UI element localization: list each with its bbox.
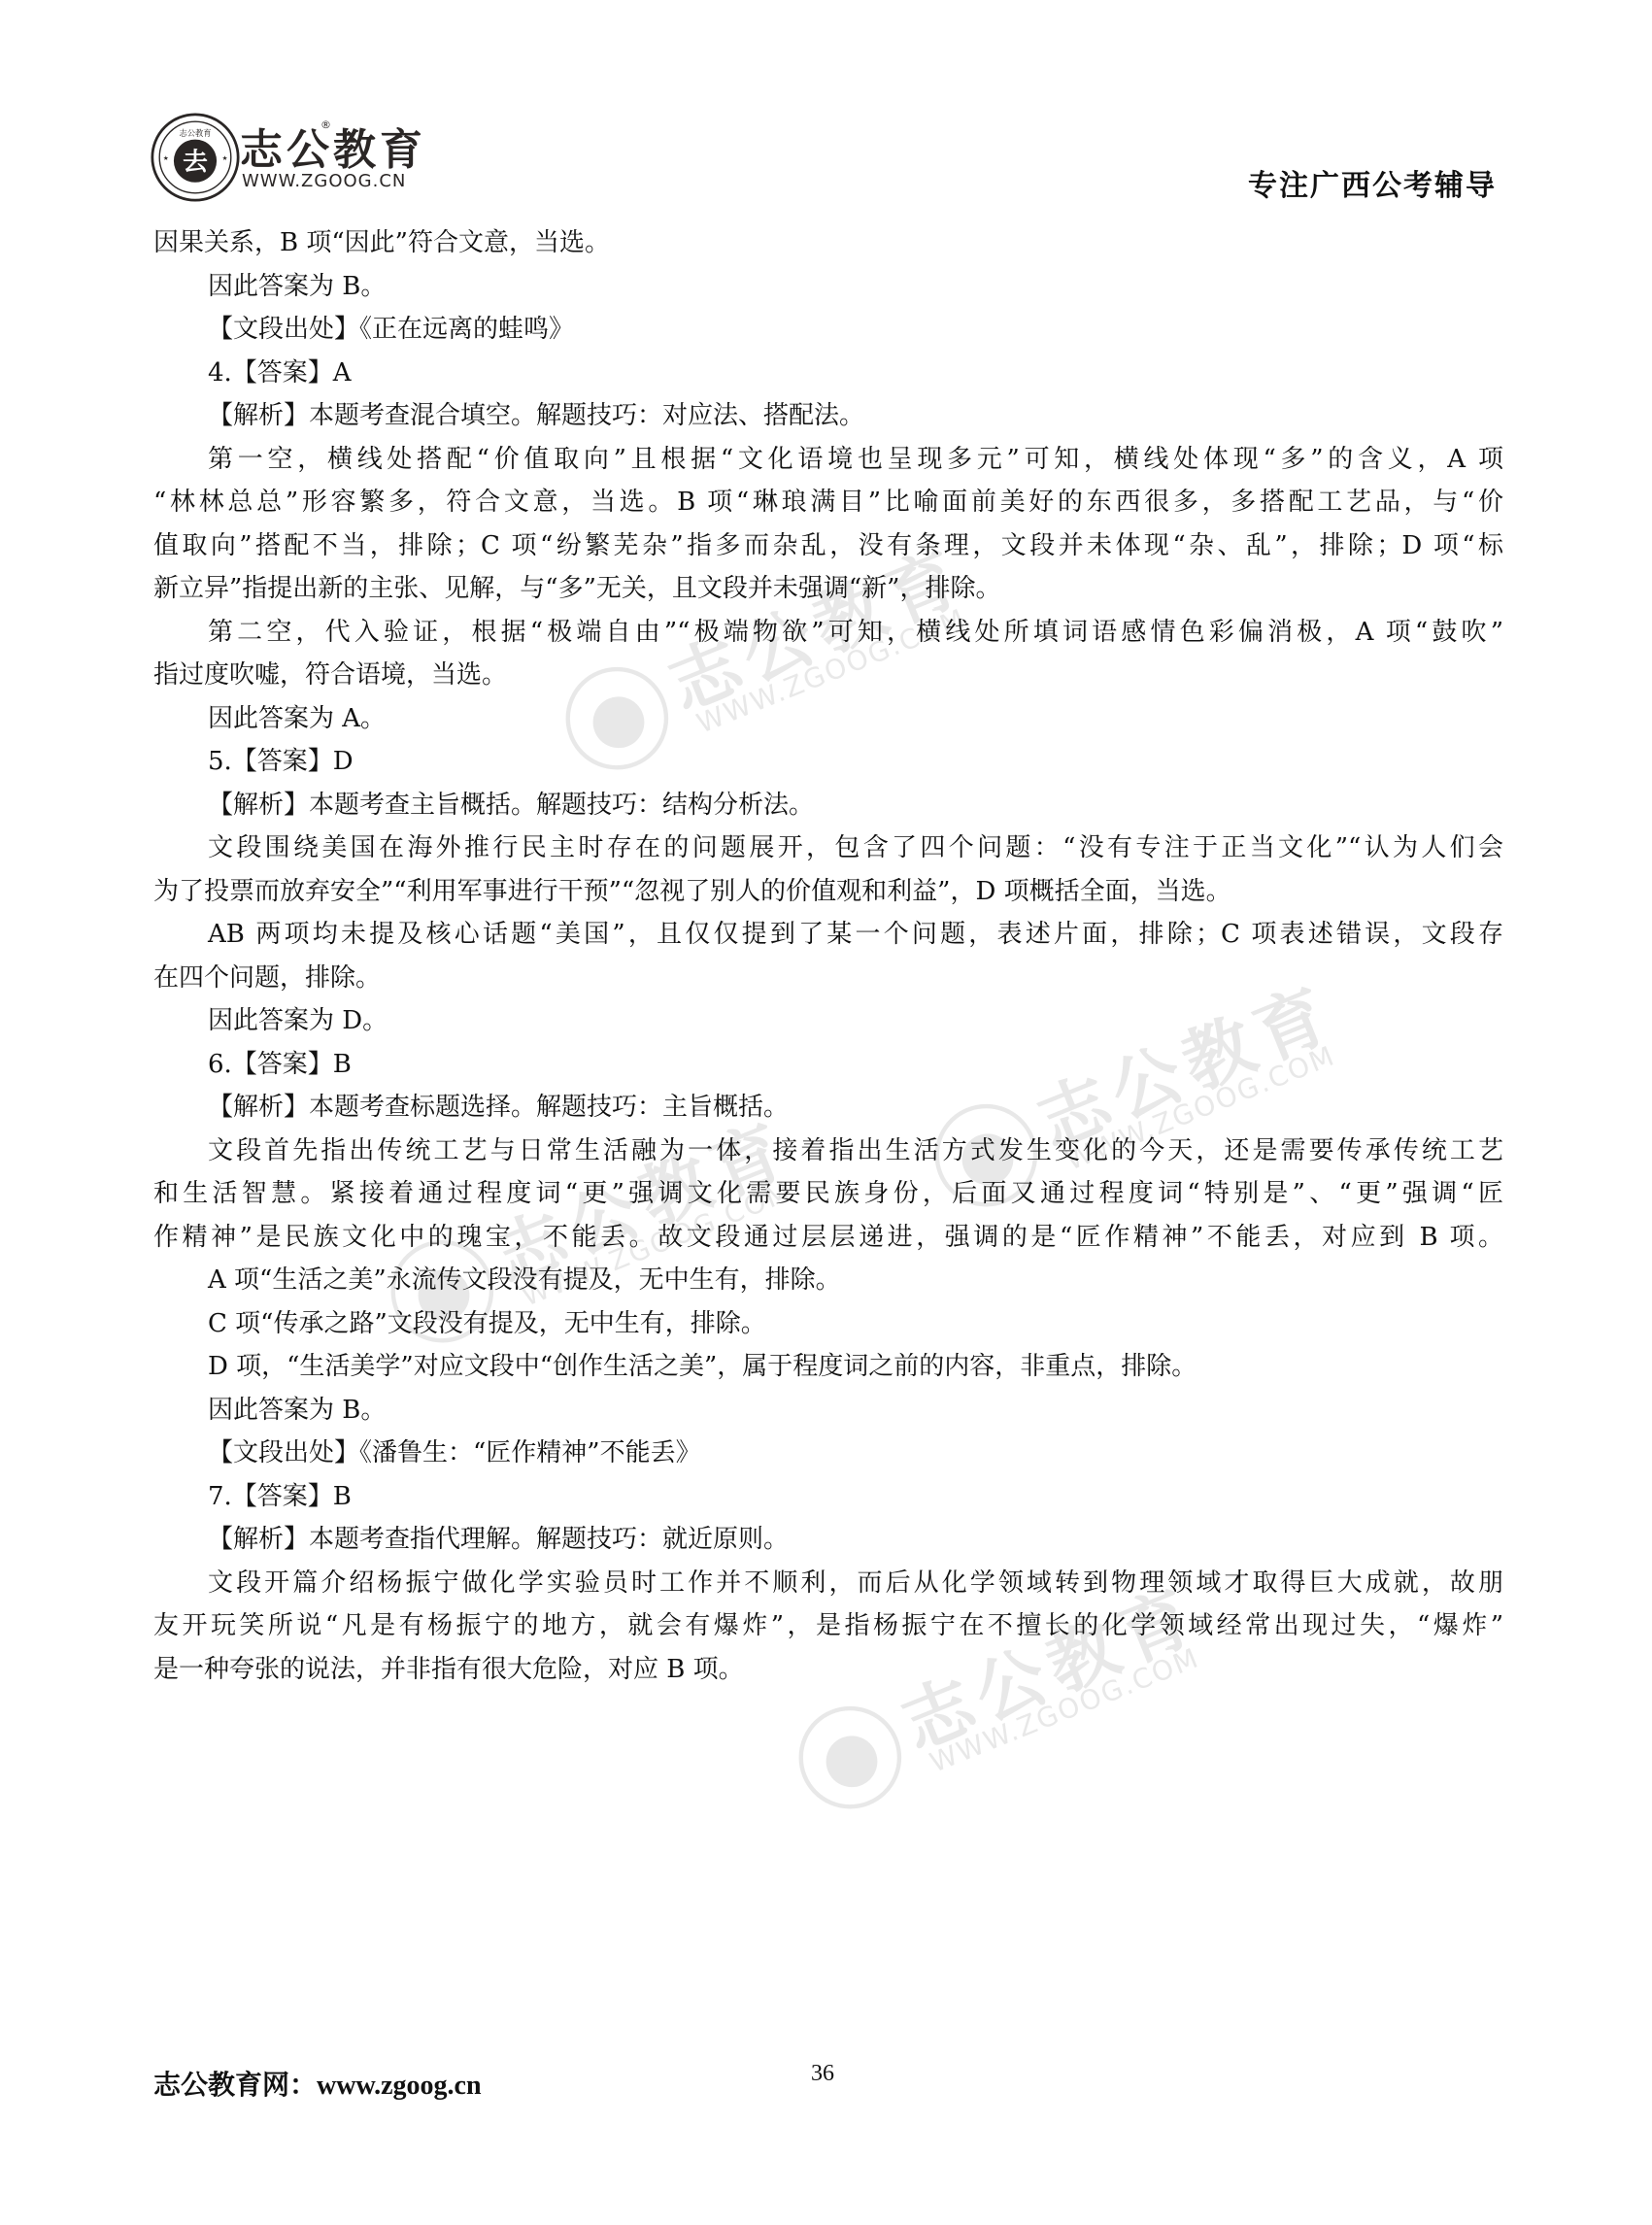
source-citation: 【文段出处】《潘鲁生：“匠作精神”不能丢》 xyxy=(153,1432,1503,1475)
logo-center-glyph: 去 xyxy=(183,148,208,177)
analysis-heading-q5: 【解析】本题考查主旨概括。解题技巧：结构分析法。 xyxy=(153,784,1503,827)
svg-text:★: ★ xyxy=(163,154,169,162)
paragraph-line: 文段首先指出传统工艺与日常生活融为一体，接着指出生活方式发生变化的今天，还是需要… xyxy=(153,1129,1503,1173)
registered-mark: ® xyxy=(320,118,331,131)
paragraph-line: 是一种夸张的说法，并非指有很大危险，对应 B 项。 xyxy=(153,1648,1503,1692)
paragraph-line: 和生活智慧。紧接着通过程度词“更”强调文化需要民族身份，后面又通过程度词“特别是… xyxy=(153,1172,1503,1216)
analysis-heading-q4: 【解析】本题考查混合填空。解题技巧：对应法、搭配法。 xyxy=(153,394,1503,438)
logo-top-text: 志公教育 xyxy=(179,128,211,138)
header-tagline: 专注广西公考辅导 xyxy=(1248,161,1497,204)
answer-conclusion: 因此答案为 A。 xyxy=(153,697,1503,741)
paragraph-line: 因果关系，B 项“因此”符合文意，当选。 xyxy=(153,221,1503,265)
answer-heading-q7: 7.【答案】B xyxy=(153,1475,1503,1519)
document-body: 因果关系，B 项“因此”符合文意，当选。 因此答案为 B。 【文段出处】《正在远… xyxy=(153,221,1503,1691)
paragraph-line: 为了投票而放弃安全”“利用军事进行干预”“忽视了别人的价值观和利益”，D 项概括… xyxy=(153,870,1503,914)
svg-text:★: ★ xyxy=(222,154,228,162)
paragraph-line: 文段围绕美国在海外推行民主时存在的问题展开，包含了四个问题：“没有专注于正当文化… xyxy=(153,826,1503,870)
paragraph-line: “林林总总”形容繁多，符合文意，当选。B 项“琳琅满目”比喻面前美好的东西很多，… xyxy=(153,481,1503,524)
paragraph-line: AB 两项均未提及核心话题“美国”，且仅仅提到了某一个问题，表述片面，排除；C … xyxy=(153,913,1503,957)
paragraph-line: 第一空，横线处搭配“价值取向”且根据“文化语境也呈现多元”可知，横线处体现“多”… xyxy=(153,438,1503,482)
source-citation: 【文段出处】《正在远离的蛙鸣》 xyxy=(153,308,1503,352)
analysis-heading-q7: 【解析】本题考查指代理解。解题技巧：就近原则。 xyxy=(153,1518,1503,1562)
paragraph-line: D 项，“生活美学”对应文段中“创作生活之美”，属于程度词之前的内容，非重点，排… xyxy=(153,1345,1503,1389)
paragraph-line: 文段开篇介绍杨振宁做化学实验员时工作并不顺利，而后从化学领域转到物理领域才取得巨… xyxy=(153,1562,1503,1605)
analysis-heading-q6: 【解析】本题考查标题选择。解题技巧：主旨概括。 xyxy=(153,1086,1503,1129)
watermark-seal-icon xyxy=(781,1688,920,1827)
paragraph-line: 在四个问题，排除。 xyxy=(153,957,1503,1000)
zhigong-logo-icon: 去 志公教育 ★ ★ xyxy=(151,113,240,202)
paragraph-line: 指过度吹嘘，符合语境，当选。 xyxy=(153,654,1503,697)
brand-url: WWW.ZGOOG.CN xyxy=(242,171,406,191)
answer-conclusion: 因此答案为 D。 xyxy=(153,999,1503,1043)
paragraph-line: 第二空，代入验证，根据“极端自由”“极端物欲”可知，横线处所填词语感情色彩偏消极… xyxy=(153,611,1503,655)
answer-conclusion: 因此答案为 B。 xyxy=(153,1389,1503,1433)
answer-heading-q4: 4.【答案】A xyxy=(153,352,1503,395)
footer-site-label: 志公教育网：www.zgoog.cn xyxy=(153,2064,482,2103)
paragraph-line: 值取向”搭配不当，排除；C 项“纷繁芜杂”指多而杂乱，没有条理，文段并未体现“杂… xyxy=(153,524,1503,568)
paragraph-line: 新立异”指提出新的主张、见解，与“多”无关，且文段并未强调“新”，排除。 xyxy=(153,567,1503,611)
paragraph-line: A 项“生活之美”永流传文段没有提及，无中生有，排除。 xyxy=(153,1259,1503,1302)
brand-name: 志公教育 xyxy=(240,115,426,177)
answer-heading-q6: 6.【答案】B xyxy=(153,1043,1503,1087)
answer-heading-q5: 5.【答案】D xyxy=(153,740,1503,784)
paragraph-line: 作精神”是民族文化中的瑰宝，不能丢。故文段通过层层递进，强调的是“匠作精神”不能… xyxy=(153,1216,1503,1260)
answer-conclusion: 因此答案为 B。 xyxy=(153,265,1503,309)
paragraph-line: 友开玩笑所说“凡是有杨振宁的地方，就会有爆炸”，是指杨振宁在不擅长的化学领域经常… xyxy=(153,1604,1503,1648)
page-header: 去 志公教育 ★ ★ 志公教育 ® WWW.ZGOOG.CN 专注广西公考辅导 xyxy=(0,0,1652,214)
page-number: 36 xyxy=(811,2061,834,2087)
paragraph-line: C 项“传承之路”文段没有提及，无中生有，排除。 xyxy=(153,1302,1503,1346)
